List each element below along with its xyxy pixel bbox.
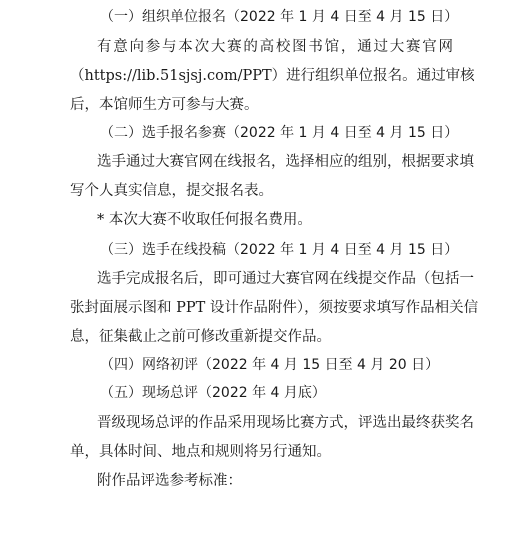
section-5-paragraph-line-1: 晋级现场总评的作品采用现场比赛方式，评选出最终获奖名 [97, 413, 453, 433]
section-3-paragraph-line-1: 选手完成报名后，即可通过大赛官网在线提交作品（包括一 [97, 269, 453, 289]
section-1-paragraph-line-2: （https://lib.51sjsj.com/PPT）进行组织单位报名。通过审… [70, 66, 453, 86]
section-5-paragraph-line-2: 单，具体时间、地点和规则将另行通知。 [70, 442, 331, 462]
section-3-paragraph-line-3: 息，征集截止之前可修改重新提交作品。 [70, 327, 331, 347]
section-1-paragraph-line-1: 有意向参与本次大赛的高校图书馆，通过大赛官网 [97, 37, 453, 57]
section-2-paragraph-line-1: 选手通过大赛官网在线报名，选择相应的组别，根据要求填 [97, 152, 453, 172]
section-2-paragraph-line-2: 写个人真实信息，提交报名表。 [70, 181, 273, 201]
section-5-heading: （五）现场总评（2022 年 4 月底） [100, 383, 326, 403]
section-4-heading: （四）网络初评（2022 年 4 月 15 日至 4 月 20 日） [100, 355, 439, 375]
section-3-paragraph-line-2: 张封面展示图和 PPT 设计作品附件），须按要求填写作品相关信 [70, 298, 453, 318]
criteria-intro: 附作品评选参考标准： [97, 471, 242, 491]
section-3-heading: （三）选手在线投稿（2022 年 1 月 4 日至 4 月 15 日） [100, 240, 458, 260]
section-1-heading: （一）组织单位报名（2022 年 1 月 4 日至 4 月 15 日） [100, 7, 458, 27]
section-1-paragraph-line-3: 后，本馆师生方可参与大赛。 [70, 95, 259, 115]
section-2-heading: （二）选手报名参赛（2022 年 1 月 4 日至 4 月 15 日） [100, 123, 458, 143]
section-2-note: * 本次大赛不收取任何报名费用。 [97, 210, 312, 230]
